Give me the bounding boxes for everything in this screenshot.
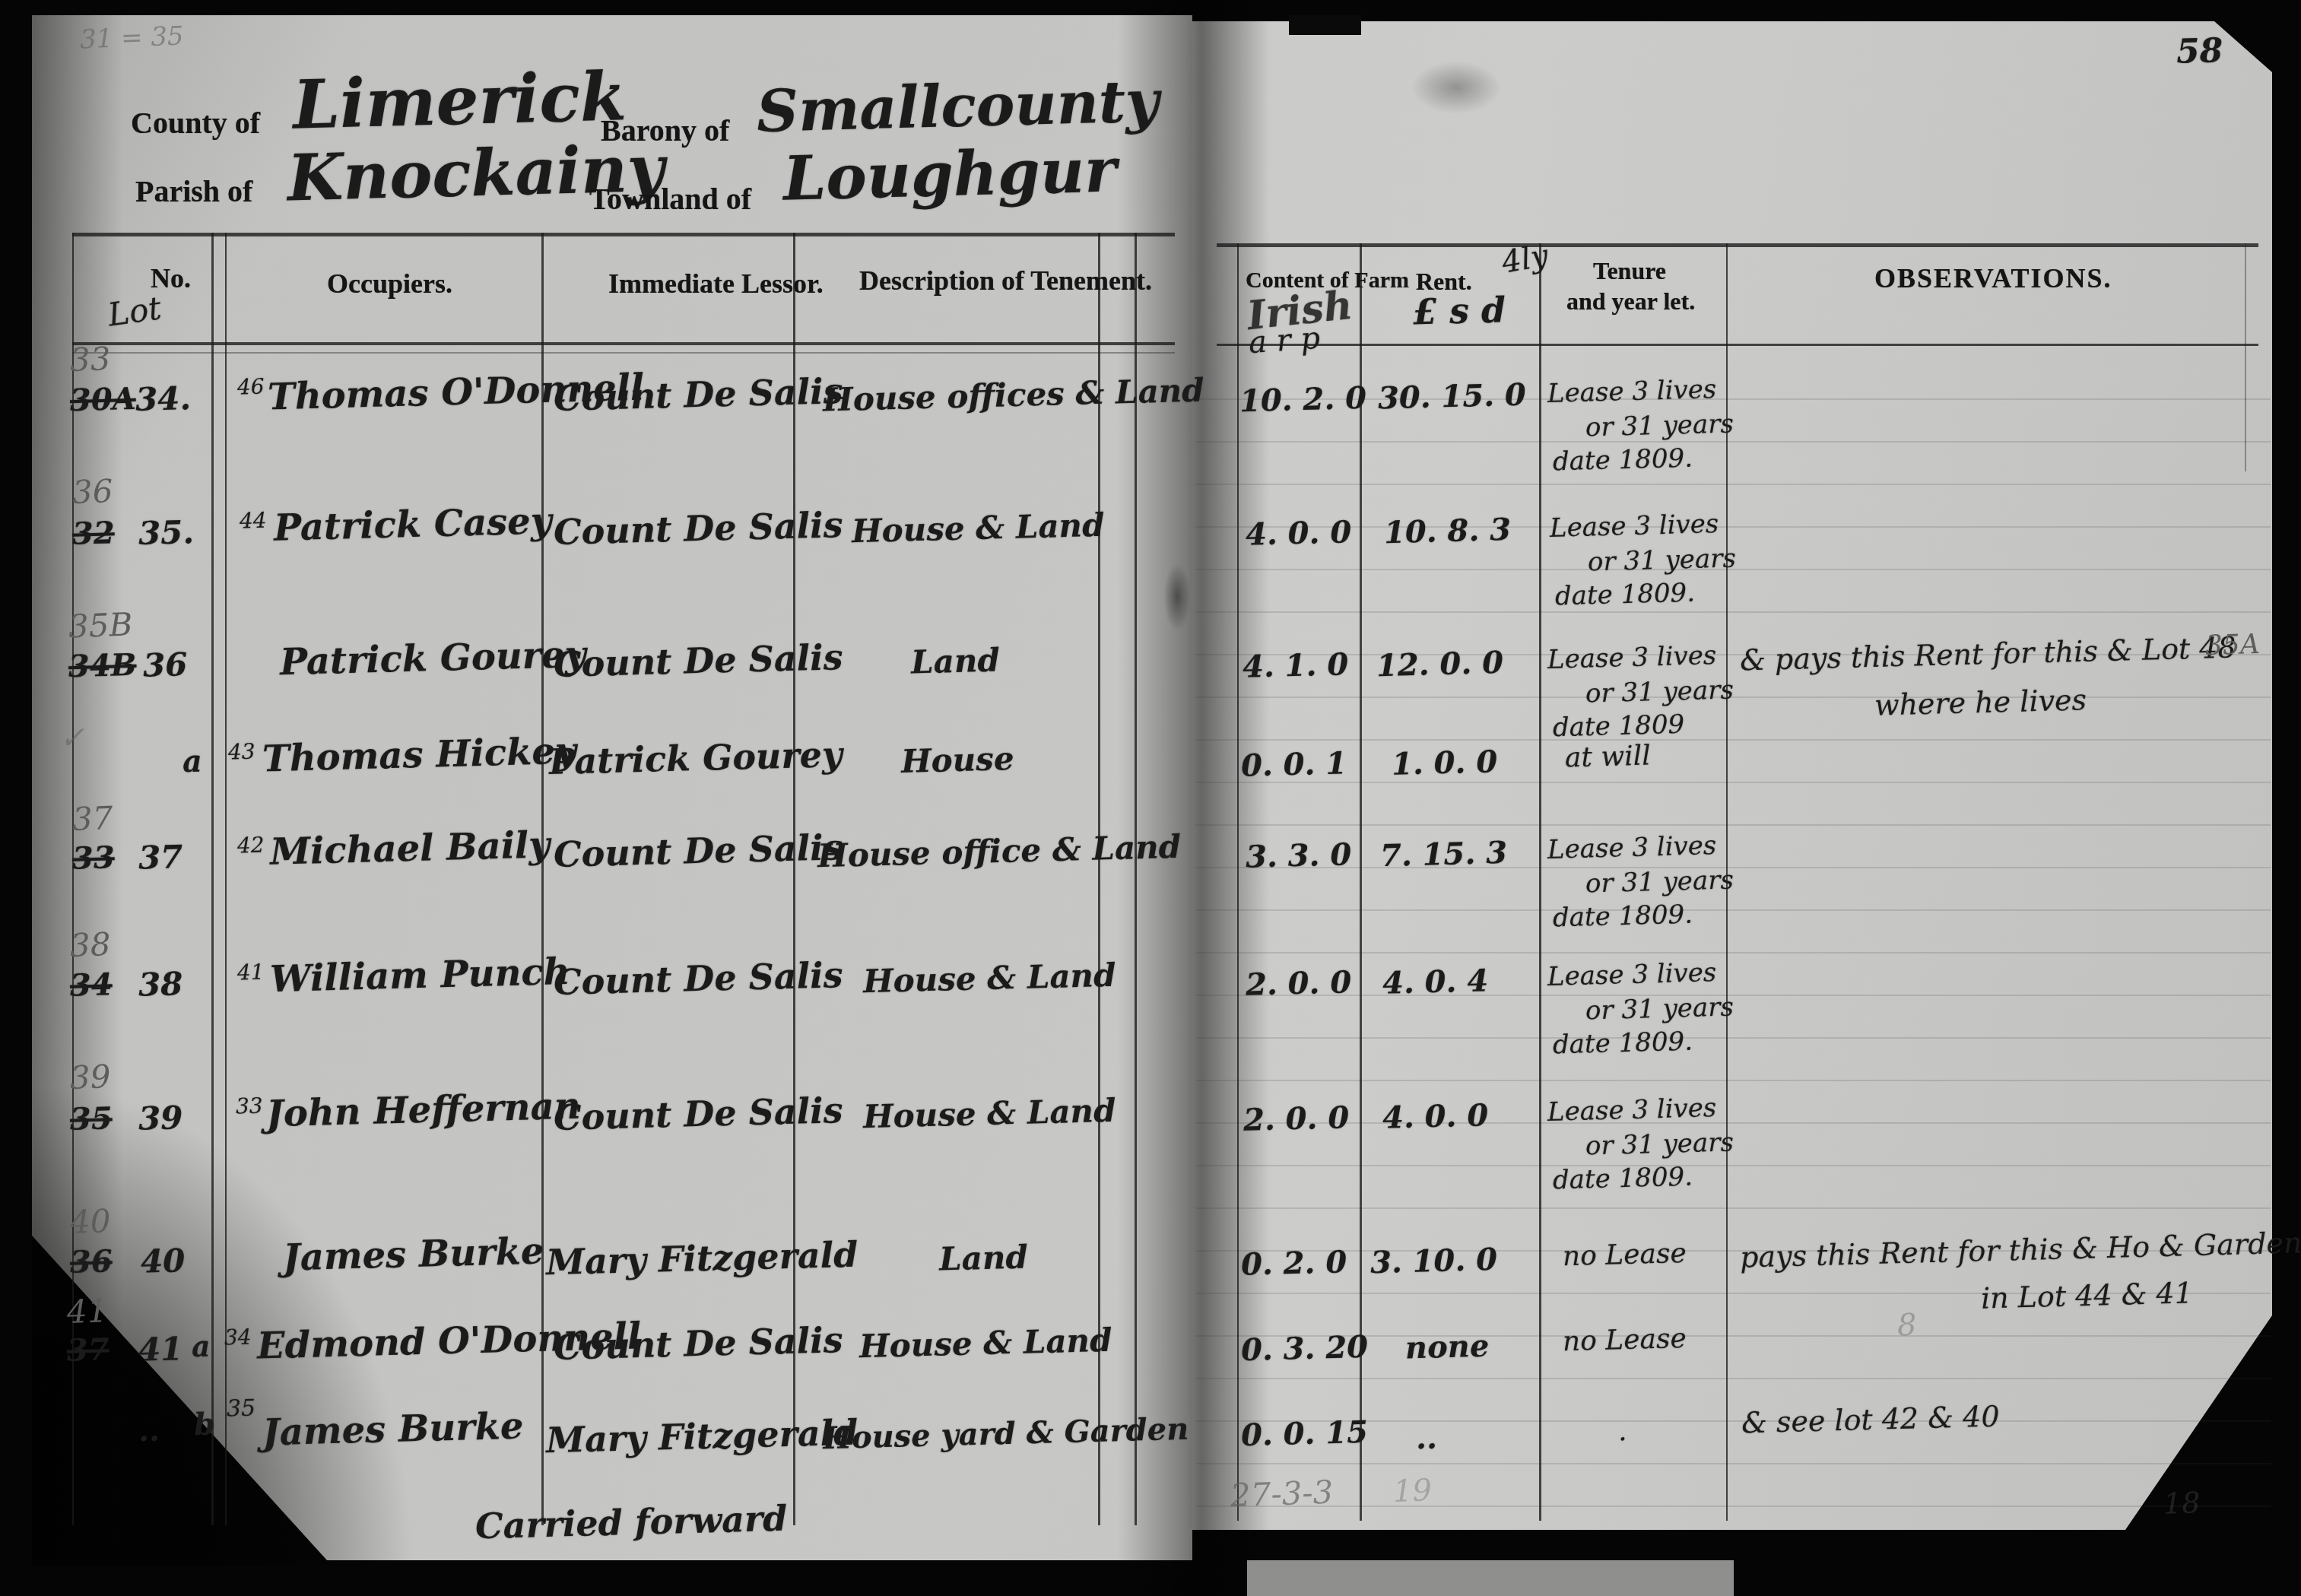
row-occupier: John Heffernan <box>265 1085 581 1136</box>
row-tenure-3: date 1809. <box>1553 1026 1693 1061</box>
row-lessor: Count De Salis <box>553 1319 843 1368</box>
row-lessor: Count De Salis <box>553 1090 843 1138</box>
row-no: 36 <box>142 646 188 684</box>
row-tenement: House & Land <box>859 1322 1112 1366</box>
row-pencil-no: 33 <box>69 340 111 379</box>
col-tenement: Description of Tenement. <box>859 265 1152 297</box>
col-content-note-arp: a r p <box>1248 321 1322 360</box>
row-tenement: Land <box>938 1238 1028 1277</box>
row-pencil-no: 41 <box>66 1292 108 1331</box>
row-content: 0. 2. 0 <box>1240 1244 1347 1283</box>
row-lessor: Count De Salis <box>553 636 843 685</box>
row-occupier: Patrick Gourey <box>279 633 586 684</box>
row-lessor: Mary Fitzgerald <box>545 1412 859 1461</box>
row-no: 40 <box>140 1242 186 1280</box>
row-content: 4. 1. 0 <box>1242 646 1348 685</box>
row-occupier: Michael Baily <box>269 823 550 874</box>
townland-value: Loughgur <box>782 134 1117 214</box>
row-no: a <box>182 744 202 780</box>
col-observations: OBSERVATIONS. <box>1874 262 2112 294</box>
row-tenement: House & Land <box>862 957 1116 1001</box>
row-occupier: James Burke <box>282 1230 544 1280</box>
row-no: 38 <box>138 965 183 1004</box>
row-tenement: Land <box>910 641 1000 681</box>
row-struck-no: 35 <box>69 1100 113 1137</box>
row-ref: 35 <box>227 1395 256 1423</box>
row-pencil-no: 40 <box>69 1202 111 1241</box>
county-label: County of <box>131 105 260 141</box>
row-no: 34. <box>135 379 191 418</box>
row-ref: 46 <box>237 374 265 400</box>
row-rent: 4. 0. 0 <box>1382 1097 1488 1136</box>
row-tenure-2: or 31 years <box>1585 865 1734 899</box>
row-no: .. <box>138 1413 160 1449</box>
row-occupier: Patrick Casey <box>273 500 552 550</box>
col-tenure-line1: Tenure <box>1593 257 1666 285</box>
row-tenure-2: or 31 years <box>1585 992 1734 1026</box>
row-ref: 41 <box>237 960 265 985</box>
row-pencil-no: 38 <box>69 925 111 964</box>
row-tenure-1: no Lease <box>1562 1323 1687 1357</box>
row-prefix: b <box>193 1407 215 1443</box>
row-rent: 7. 15. 3 <box>1379 835 1507 874</box>
row-no: 35. <box>138 513 194 552</box>
row-observation-pencil: 8 <box>1896 1308 1917 1344</box>
row-rent: 12. 0. 0 <box>1376 645 1503 684</box>
row-tenure-1: . <box>1617 1416 1627 1447</box>
row-tenure-2: or 31 years <box>1585 1127 1734 1161</box>
row-tenure-1: Lease 3 lives <box>1550 509 1719 544</box>
row-tenure-1: at will <box>1564 741 1651 774</box>
row-rent: none <box>1404 1328 1489 1366</box>
row-rent: 4. 0. 4 <box>1382 963 1488 1001</box>
row-tenure-2: or 31 years <box>1588 543 1737 577</box>
row-observation-pencil: 35A <box>2204 629 2260 662</box>
row-observation-2: in Lot 44 & 41 <box>1980 1276 2193 1315</box>
row-observation-2: where he lives <box>1874 683 2087 722</box>
row-rent: 30. 15. 0 <box>1377 376 1526 416</box>
row-occupier: James Burke <box>262 1405 524 1455</box>
row-lessor: Count De Salis <box>553 504 843 553</box>
row-lessor: Mary Fitzgerald <box>545 1234 859 1283</box>
row-struck-no: 33 <box>71 839 115 876</box>
row-content: 2. 0. 0 <box>1243 1099 1349 1138</box>
col-tenure-line2: and year let. <box>1566 287 1695 316</box>
row-tenure-3: date 1809. <box>1555 578 1696 612</box>
row-tenure-1: Lease 3 lives <box>1547 640 1717 675</box>
row-tenement: House & Land <box>851 506 1105 551</box>
row-rent: 10. 8. 3 <box>1383 512 1511 551</box>
row-tenement: House & Land <box>862 1092 1116 1136</box>
bottom-tab <box>1247 1560 1734 1596</box>
content-total-pencil: 27-3-3 <box>1230 1474 1334 1515</box>
row-tenure-3: date 1809. <box>1553 1162 1693 1196</box>
row-struck-no: 34B <box>68 647 137 684</box>
row-content: 0. 0. 15 <box>1240 1414 1368 1453</box>
row-content: 2. 0. 0 <box>1245 964 1351 1003</box>
row-lessor: Count De Salis <box>553 370 843 419</box>
barony-value: Smallcounty <box>756 67 1160 145</box>
row-tenure-3: date 1809. <box>1553 443 1693 478</box>
row-content: 10. 2. 0 <box>1239 380 1366 419</box>
col-rent-note: £ s d <box>1412 289 1506 332</box>
col-lessor: Immediate Lessor. <box>608 268 824 300</box>
row-lessor: Count De Salis <box>553 827 843 875</box>
row-pencil-no: 37 <box>71 799 113 838</box>
row-tenure-1: Lease 3 lives <box>1547 374 1717 409</box>
row-observation-1: & see lot 42 & 40 <box>1741 1400 2000 1440</box>
row-ref: 44 <box>240 508 267 534</box>
obs-total-pencil: 18 <box>2163 1486 2201 1521</box>
row-tenement: House <box>900 740 1014 780</box>
row-occupier: Thomas Hickey <box>262 730 576 781</box>
row-occupier: William Punch <box>269 950 570 1001</box>
row-ref: 34 <box>224 1325 252 1350</box>
row-ref: 42 <box>237 833 265 858</box>
row-ref: 43 <box>228 739 255 765</box>
carried-forward: Carried forward <box>474 1498 788 1547</box>
parish-label: Parish of <box>135 173 252 209</box>
row-rent: .. <box>1415 1420 1437 1457</box>
row-pencil-no: 35B <box>68 606 133 646</box>
page-number: 58 <box>2176 31 2223 71</box>
row-content: 4. 0. 0 <box>1245 514 1351 553</box>
row-pencil-no: 36 <box>71 472 113 511</box>
row-rent: 1. 0. 0 <box>1391 744 1497 782</box>
row-no: 41 <box>138 1330 183 1369</box>
row-struck-no: 32 <box>71 515 115 551</box>
row-tenure-3: date 1809 <box>1553 709 1685 744</box>
townland-label: Townland of <box>589 181 751 217</box>
row-struck-no: 37 <box>66 1331 109 1368</box>
row-lessor: Count De Salis <box>553 954 843 1003</box>
row-rent: 3. 10. 0 <box>1369 1242 1497 1280</box>
row-tenure-3: date 1809. <box>1553 900 1693 934</box>
row-content: 0. 0. 1 <box>1240 745 1347 784</box>
county-value: Limerick <box>292 56 627 144</box>
row-tenure-1: Lease 3 lives <box>1547 830 1717 865</box>
row-lessor: Patrick Gourey <box>548 734 843 782</box>
col-no-note: Lot <box>106 289 163 333</box>
row-tenure-2: or 31 years <box>1585 674 1734 709</box>
row-no: 37 <box>138 838 183 877</box>
row-pencil-no: 39 <box>69 1058 111 1096</box>
row-tenure-1: Lease 3 lives <box>1547 957 1717 992</box>
row-tenure-1: Lease 3 lives <box>1547 1093 1717 1128</box>
col-occupiers: Occupiers. <box>327 268 452 300</box>
row-content: 3. 3. 0 <box>1245 836 1351 875</box>
ledger-scan: 31 = 35 58 County of Limerick Barony of … <box>0 0 2301 1596</box>
pencil-checkmark: ✓ <box>59 720 85 756</box>
corner-pencil-note: 31 = 35 <box>79 21 184 56</box>
row-content: 0. 3. 20 <box>1240 1329 1368 1368</box>
row-prefix: a <box>191 1329 211 1364</box>
row-ref: 33 <box>236 1093 263 1119</box>
row-struck-no: 30A <box>69 381 136 418</box>
row-tenure-2: or 31 years <box>1585 408 1734 443</box>
row-struck-no: 34 <box>69 966 113 1003</box>
row-struck-no: 36 <box>69 1243 113 1280</box>
row-no: 39 <box>138 1099 183 1138</box>
rent-total-pencil: 19 <box>1392 1473 1432 1509</box>
row-tenure-1: no Lease <box>1562 1238 1687 1272</box>
